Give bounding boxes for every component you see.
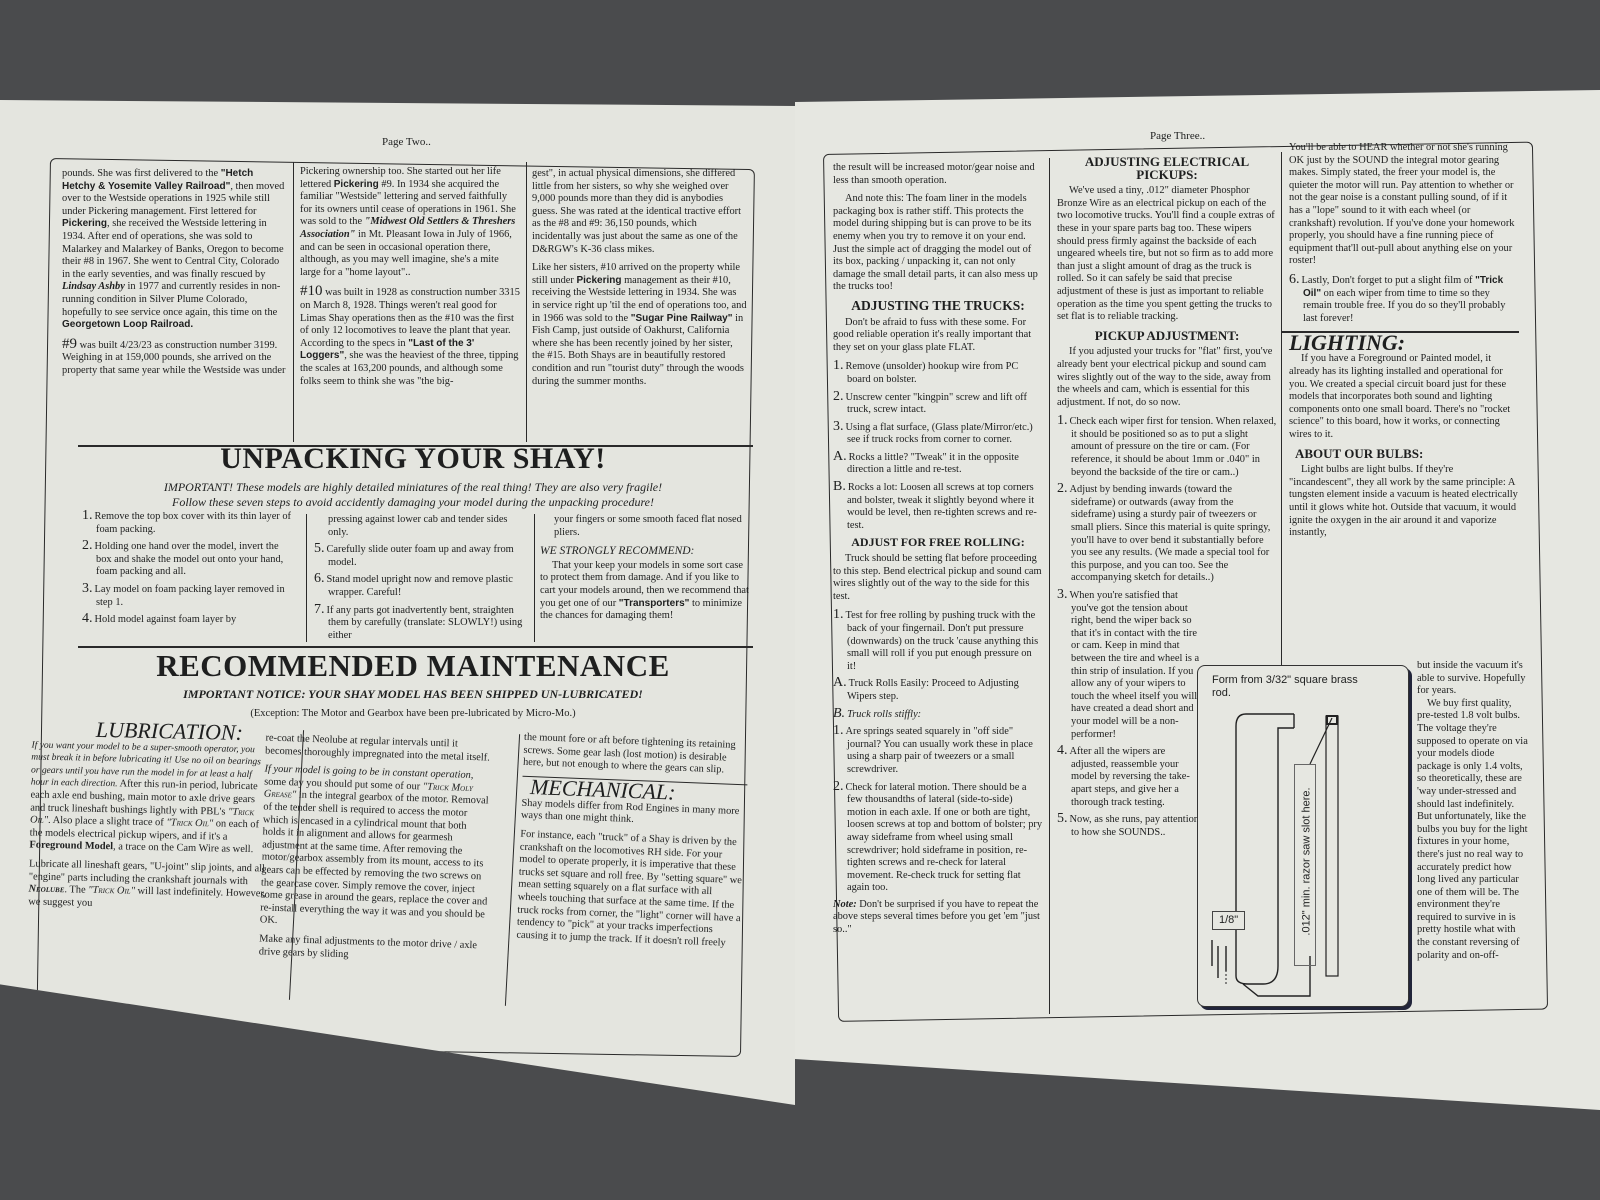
- unpacking-notice-1: IMPORTANT! These models are highly detai…: [78, 480, 748, 495]
- lighting-heading: LIGHTING:: [1289, 337, 1519, 350]
- page-two-sheet: Page Two.. pounds. She was first deliver…: [0, 100, 795, 1105]
- adjusting-trucks-heading: ADJUSTING THE TRUCKS:: [833, 300, 1043, 313]
- unpacking-step: 5.Carefully slide outer foam up and away…: [314, 543, 529, 569]
- trucks-column: the result will be increased motor/gear …: [833, 162, 1043, 943]
- column-divider: [306, 514, 307, 642]
- unpacking-step: 3.Lay model on foam packing layer remove…: [82, 583, 292, 609]
- rolling-subsubstep: 1.Are springs seated squarely in "off si…: [833, 725, 1043, 776]
- recommend-heading: WE STRONGLY RECOMMEND:: [540, 545, 750, 558]
- unpacking-steps-col-2: pressing against lower cab and tender si…: [314, 514, 529, 646]
- unpacking-step: 4.Hold model against foam layer by: [82, 613, 292, 627]
- history-column-1: pounds. She was first delivered to the "…: [62, 168, 287, 384]
- trucks-substep: A.Rocks a little? "Tweak" it in the oppo…: [833, 451, 1043, 477]
- unpacking-step: 7.If any parts got inadvertently bent, s…: [314, 604, 529, 643]
- pickup-step: 3.When you're satisfied that you've got …: [1057, 589, 1201, 741]
- maintenance-title: RECOMMENDED MAINTENANCE: [78, 648, 748, 684]
- electrical-pickups-heading: ADJUSTING ELECTRICAL PICKUPS:: [1057, 156, 1277, 181]
- dimension-label: 1/8": [1212, 911, 1245, 930]
- unpacking-step: 2.Holding one hand over the model, inver…: [82, 540, 292, 579]
- slot-label-box: .012" min. razor saw slot here.: [1294, 764, 1316, 966]
- column-divider: [293, 162, 294, 442]
- unpacking-step: 6.Stand model upright now and remove pla…: [314, 573, 529, 599]
- bulbs-continued: but inside the vacuum it's able to survi…: [1417, 660, 1529, 968]
- lubrication-heading: LUBRICATION:: [96, 724, 272, 740]
- lubrication-column-3: the mount fore or aft before tightening …: [516, 732, 749, 957]
- free-rolling-heading: ADJUST FOR FREE ROLLING:: [833, 536, 1043, 549]
- rolling-substep: A.Truck Rolls Easily: Proceed to Adjusti…: [833, 677, 1043, 703]
- column-divider: [534, 514, 535, 642]
- page-three-label: Page Three..: [1150, 130, 1205, 142]
- unpacking-recommend: your fingers or some smooth faced flat n…: [540, 514, 750, 629]
- wiper-tool-sketch: Form from 3/32" square brass rod. 1/8" .…: [1197, 665, 1409, 1007]
- pickup-step: 2.Adjust by bending inwards (toward the …: [1057, 483, 1277, 585]
- column-divider: [1281, 152, 1282, 732]
- unpacking-step-continued: pressing against lower cab and tender si…: [314, 514, 529, 539]
- trucks-substep: B.Rocks a lot: Loosen all screws at top …: [833, 481, 1043, 532]
- column-divider: [1049, 158, 1050, 1014]
- unpacking-step: 1.Remove the top box cover with its thin…: [82, 510, 292, 536]
- history-column-2: Pickering ownership too. She started out…: [300, 166, 520, 394]
- lubrication-column-1: LUBRICATION: If you want your model to b…: [28, 723, 272, 920]
- page-three-sheet: Page Three.. the result will be increase…: [795, 90, 1600, 1110]
- unpacking-steps-col-1: 1.Remove the top box cover with its thin…: [82, 510, 292, 631]
- rolling-subsubstep: 2.Check for lateral motion. There should…: [833, 781, 1043, 895]
- maintenance-notice: IMPORTANT NOTICE: YOUR SHAY MODEL HAS BE…: [78, 687, 748, 702]
- pickup-step: 4.After all the wipers are adjusted, rea…: [1057, 745, 1201, 809]
- pickup-adjustment-heading: PICKUP ADJUSTMENT:: [1057, 330, 1277, 343]
- rolling-step: 1.Test for free rolling by pushing truck…: [833, 609, 1043, 673]
- trucks-step: 1.Remove (unsolder) hookup wire from PC …: [833, 360, 1043, 386]
- page-two-label: Page Two..: [382, 136, 431, 148]
- trucks-step: 2.Unscrew center "kingpin" screw and lif…: [833, 391, 1043, 417]
- unpacking-title: UNPACKING YOUR SHAY!: [78, 442, 748, 476]
- pickup-step: 5.Now, as she runs, pay attention to how…: [1057, 813, 1201, 839]
- unpacking-notice-2: Follow these seven steps to avoid accide…: [78, 495, 748, 510]
- trucks-step: 3.Using a flat surface, (Glass plate/Mir…: [833, 421, 1043, 447]
- pickup-step: 1.Check each wiper first for tension. Wh…: [1057, 415, 1277, 479]
- history-column-3: gest", in actual physical dimensions, sh…: [532, 168, 747, 394]
- rolling-substep: B.Truck rolls stiffly:: [833, 708, 1043, 722]
- note-label: Note:: [833, 899, 857, 910]
- column-divider: [526, 162, 527, 442]
- slot-label: .012" min. razor saw slot here.: [1301, 762, 1314, 962]
- maintenance-exception: (Exception: The Motor and Gearbox have b…: [78, 708, 748, 719]
- sound-lighting-column: You'll be able to HEAR whether or not sh…: [1289, 142, 1519, 540]
- bulbs-heading: ABOUT OUR BULBS:: [1295, 448, 1519, 461]
- lubrication-column-2: re-coat the Neolube at regular intervals…: [258, 732, 493, 971]
